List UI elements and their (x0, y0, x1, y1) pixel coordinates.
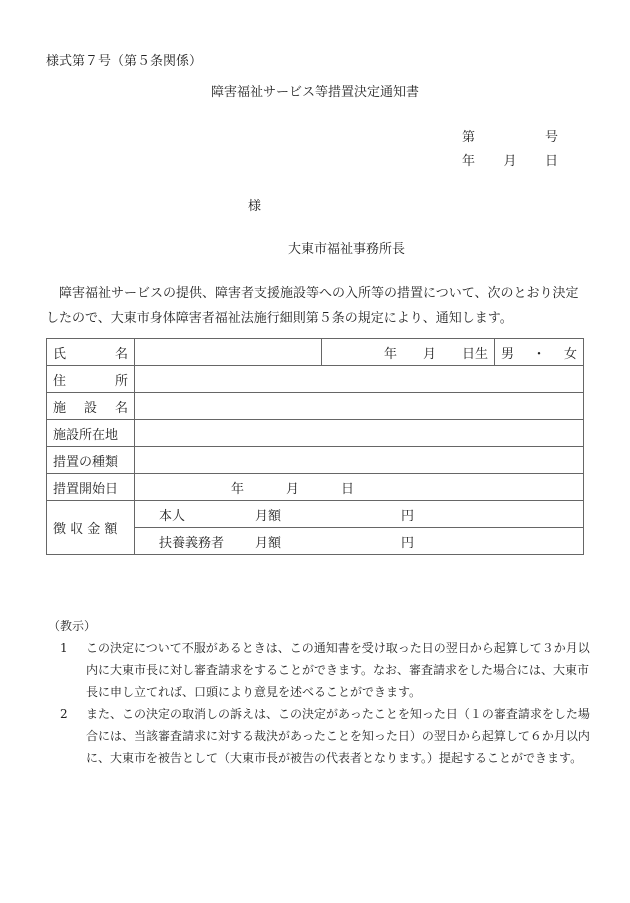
label-fee: 徴 収 金 額 (47, 501, 135, 555)
gender-separator: ・ (532, 343, 545, 362)
notice-form-table: 氏名 年月日生 男・女 住所 施設名 施設所在地 措置の種類 措置開始日 年月日 (46, 338, 584, 555)
form-id: 様式第７号（第５条関係） (46, 50, 202, 69)
gender[interactable]: 男・女 (495, 339, 584, 366)
instruction-item: 1 この決定について不服があるときは、この通知書を受け取った日の翌日から起算して… (52, 637, 592, 703)
birth-date[interactable]: 年月日生 (322, 339, 495, 366)
gender-female: 女 (564, 343, 577, 362)
label-start-date: 措置開始日 (47, 474, 135, 501)
start-day: 日 (341, 482, 354, 497)
fee-guardian-unit: 円 (401, 536, 414, 551)
label-part: 施 (53, 397, 66, 416)
fee-guardian-monthly: 月額 (255, 532, 401, 551)
item-number: 1 (52, 637, 86, 703)
fee-guardian[interactable]: 扶養義務者月額円 (135, 528, 584, 555)
address-value[interactable] (135, 366, 584, 393)
row-facility-location: 施設所在地 (47, 420, 584, 447)
item-number: 2 (52, 703, 86, 769)
item-text: また、この決定の取消しの訴えは、この決定があったことを知った日（１の審査請求をし… (86, 703, 592, 769)
label-facility-name: 施設名 (47, 393, 135, 420)
label-part: 所 (115, 370, 128, 389)
label-name: 氏名 (47, 339, 135, 366)
date-month: 月 (503, 150, 516, 169)
document-number: 第 号 (462, 126, 558, 145)
row-start-date: 措置開始日 年月日 (47, 474, 584, 501)
name-value[interactable] (135, 339, 322, 366)
label-part: 住 (53, 370, 66, 389)
fee-self[interactable]: 本人月額円 (135, 501, 584, 528)
instruction-item: 2 また、この決定の取消しの訴えは、この決定があったことを知った日（１の審査請求… (52, 703, 592, 769)
document-date: 年 月 日 (462, 150, 558, 169)
label-part: 名 (115, 343, 128, 362)
dob-year: 年 (384, 347, 397, 362)
dob-month: 月 (423, 347, 436, 362)
instructions: （教示） 1 この決定について不服があるときは、この通知書を受け取った日の翌日か… (52, 615, 592, 769)
label-part: 設 (84, 397, 97, 416)
row-facility-name: 施設名 (47, 393, 584, 420)
date-year: 年 (462, 150, 475, 169)
facility-location-value[interactable] (135, 420, 584, 447)
instructions-heading: （教示） (48, 615, 592, 637)
start-date-value[interactable]: 年月日 (135, 474, 584, 501)
issuer: 大東市福祉事務所長 (288, 238, 405, 257)
item-text: この決定について不服があるときは、この通知書を受け取った日の翌日から起算して３か… (86, 637, 592, 703)
fee-self-label: 本人 (159, 505, 255, 524)
row-fee-self: 徴 収 金 額 本人月額円 (47, 501, 584, 528)
date-day: 日 (545, 150, 558, 169)
fee-self-unit: 円 (401, 509, 414, 524)
label-part: 氏 (53, 343, 66, 362)
fee-self-monthly: 月額 (255, 505, 401, 524)
measure-type-value[interactable] (135, 447, 584, 474)
fee-guardian-label: 扶養義務者 (159, 532, 255, 551)
start-month: 月 (286, 482, 299, 497)
doc-number-prefix: 第 (462, 126, 475, 145)
row-address: 住所 (47, 366, 584, 393)
row-measure-type: 措置の種類 (47, 447, 584, 474)
facility-name-value[interactable] (135, 393, 584, 420)
doc-number-suffix: 号 (545, 126, 558, 145)
row-name: 氏名 年月日生 男・女 (47, 339, 584, 366)
body-paragraph: 障害福祉サービスの提供、障害者支援施設等への入所等の措置について、次のとおり決定… (46, 281, 586, 331)
label-address: 住所 (47, 366, 135, 393)
start-year: 年 (231, 482, 244, 497)
addressee-suffix: 様 (248, 195, 261, 214)
label-part: 名 (115, 397, 128, 416)
document-title: 障害福祉サービス等措置決定通知書 (0, 81, 630, 100)
gender-male: 男 (501, 343, 514, 362)
label-measure-type: 措置の種類 (47, 447, 135, 474)
label-facility-location: 施設所在地 (47, 420, 135, 447)
dob-day: 日生 (462, 347, 488, 362)
